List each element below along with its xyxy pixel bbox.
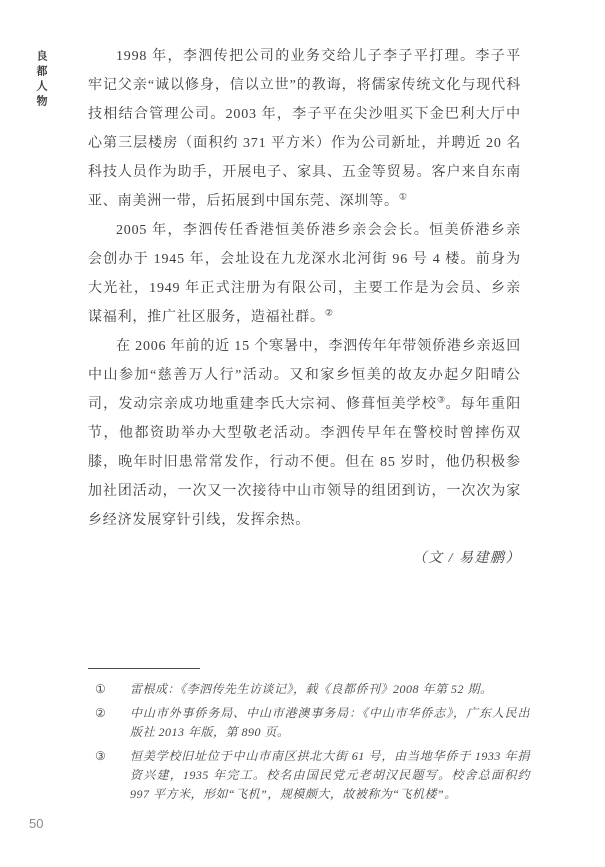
footnote-marker: ① bbox=[88, 680, 130, 699]
author-byline: （文 / 易建鹏） bbox=[88, 547, 521, 567]
footnote-marker: ② bbox=[88, 704, 130, 742]
body-paragraph: 在 2006 年前的近 15 个寒暑中，李泗传年年带领侨港乡亲返回中山参加“慈善… bbox=[88, 332, 521, 535]
body-paragraph: 1998 年，李泗传把公司的业务交给儿子李子平打理。李子平牢记父亲“诚以修身，信… bbox=[88, 42, 521, 216]
book-page: 良都人物 1998 年，李泗传把公司的业务交给儿子李子平打理。李子平牢记父亲“诚… bbox=[0, 0, 605, 867]
footnote-divider bbox=[88, 668, 200, 669]
footnote-ref: ③ bbox=[437, 394, 445, 404]
article-body: 1998 年，李泗传把公司的业务交给儿子李子平打理。李子平牢记父亲“诚以修身，信… bbox=[88, 42, 521, 567]
footnote-item: ② 中山市外事侨务局、中山市港澳事务局：《中山市华侨志》，广东人民出版社 201… bbox=[88, 704, 530, 742]
footnote-item: ③ 恒美学校旧址位于中山市南区拱北大街 61 号，由当地华侨于 1933 年捐资… bbox=[88, 747, 530, 804]
footnote-text: 中山市外事侨务局、中山市港澳事务局：《中山市华侨志》，广东人民出版社 2013 … bbox=[130, 704, 530, 742]
footnote-marker: ③ bbox=[88, 747, 130, 804]
body-paragraph: 2005 年，李泗传任香港恒美侨港乡亲会会长。恒美侨港乡亲会创办于 1945 年… bbox=[88, 216, 521, 332]
footnote-item: ① 雷根成：《李泗传先生访谈记》，载《良都侨刊》2008 年第 52 期。 bbox=[88, 680, 530, 699]
footnote-text: 恒美学校旧址位于中山市南区拱北大街 61 号，由当地华侨于 1933 年捐资兴建… bbox=[130, 747, 530, 804]
footnotes-section: ① 雷根成：《李泗传先生访谈记》，载《良都侨刊》2008 年第 52 期。 ② … bbox=[88, 668, 530, 809]
page-number: 50 bbox=[29, 816, 43, 831]
footnote-ref: ② bbox=[325, 307, 333, 317]
footnote-ref: ① bbox=[399, 191, 407, 201]
sidebar-label-vertical: 良都人物 bbox=[33, 50, 49, 110]
footnote-text: 雷根成：《李泗传先生访谈记》，载《良都侨刊》2008 年第 52 期。 bbox=[130, 680, 530, 699]
